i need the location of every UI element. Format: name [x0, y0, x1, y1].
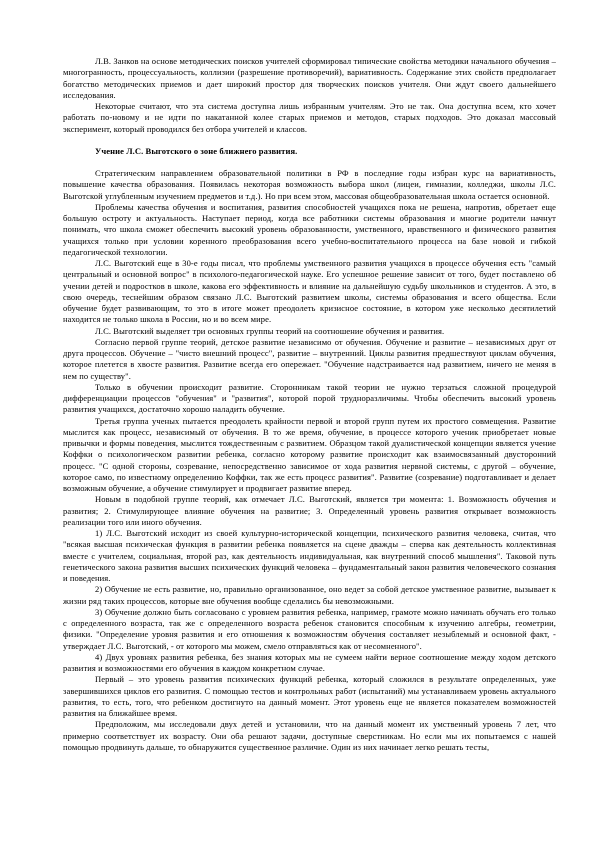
document-page: Л.В. Занков на основе методических поиск…	[0, 0, 595, 842]
paragraph-point-4-two-levels: 4) Двух уровнях развития ребенка, без зн…	[63, 652, 556, 675]
paragraph-strategy-direction: Стратегическим направлением образователь…	[63, 168, 556, 202]
paragraph-three-theory-groups: Л.С. Выготский выделяет три основных гру…	[63, 326, 556, 337]
document-content: Л.В. Занков на основе методических поиск…	[63, 56, 556, 753]
section-heading: Учение Л.С. Выготского о зоне ближнего р…	[63, 146, 556, 157]
paragraph-third-theory-group: Третья группа ученых пытается преодолеть…	[63, 416, 556, 495]
paragraph-system-accessible: Некоторые считают, что эта система досту…	[63, 101, 556, 135]
paragraph-vygotsky-1930s: Л.С. Выготский еще в 30-е годы писал, чт…	[63, 258, 556, 326]
paragraph-second-theory-group: Только в обучении происходит развитие. С…	[63, 382, 556, 416]
paragraph-quality-problem: Проблемы качества обучения и воспитания,…	[63, 202, 556, 258]
paragraph-first-theory-group: Согласно первой группе теорий, детское р…	[63, 337, 556, 382]
paragraph-point-2-training-leads: 2) Обучение не есть развитие, но, правил…	[63, 584, 556, 607]
paragraph-three-new-moments: Новым в подобной группе теорий, как отме…	[63, 494, 556, 528]
paragraph-point-1-cultural-concept: 1) Л.С. Выготский исходит из своей культ…	[63, 528, 556, 584]
paragraph-zankov-properties: Л.В. Занков на основе методических поиск…	[63, 56, 556, 101]
paragraph-two-children-example: Предположим, мы исследовали двух детей и…	[63, 719, 556, 753]
paragraph-point-3-age-level: 3) Обучение должно быть согласовано с ур…	[63, 607, 556, 652]
paragraph-first-level-actual: Первый – это уровень развития психически…	[63, 674, 556, 719]
